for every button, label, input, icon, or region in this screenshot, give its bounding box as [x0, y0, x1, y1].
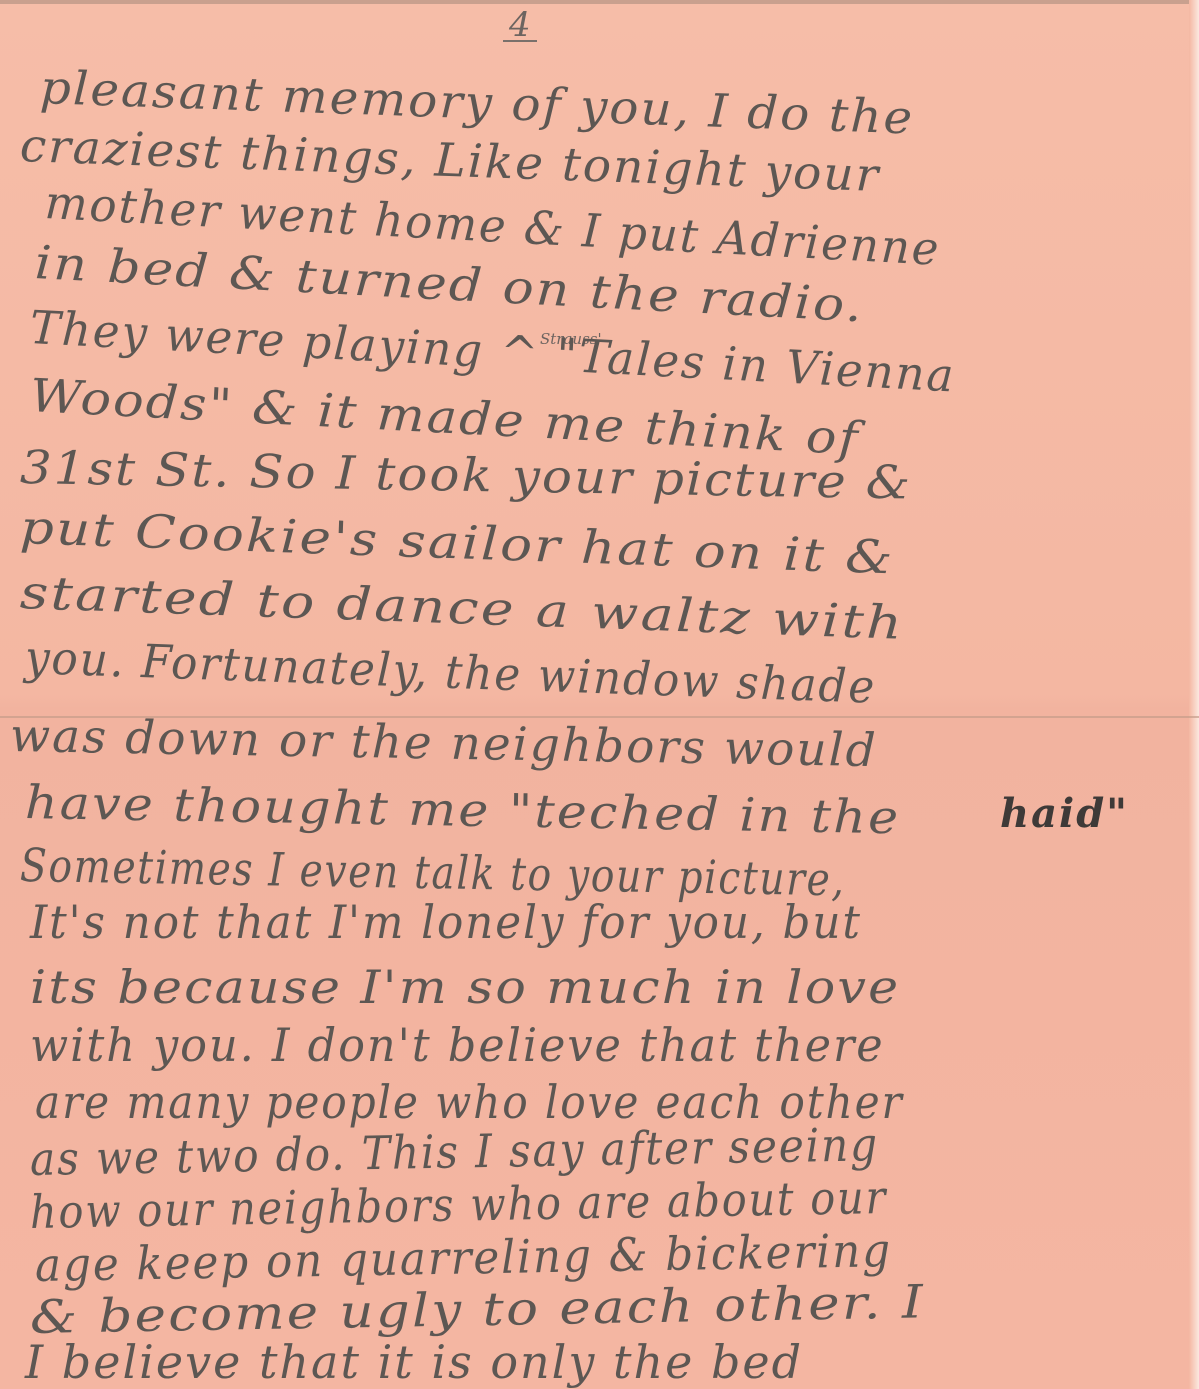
- letter-line-15: its because I'm so much in love: [30, 960, 900, 1014]
- letter-page: 4 Strauss' pleasant memory of you, I do …: [0, 0, 1199, 1389]
- emphasized-word: haid": [1000, 790, 1129, 837]
- letter-line-14: It's not that I'm lonely for you, but: [30, 895, 862, 949]
- letter-line-22: I believe that it is only the bed: [25, 1335, 803, 1389]
- letter-line-12: have thought me "teched in the: [25, 775, 901, 844]
- paper-top-edge: [0, 0, 1199, 4]
- paper-right-edge: [1189, 0, 1199, 1389]
- letter-line-11: was down or the neighbors would: [10, 708, 879, 777]
- letter-line-16: with you. I don't believe that there: [30, 1018, 885, 1072]
- page-number: 4: [503, 10, 537, 42]
